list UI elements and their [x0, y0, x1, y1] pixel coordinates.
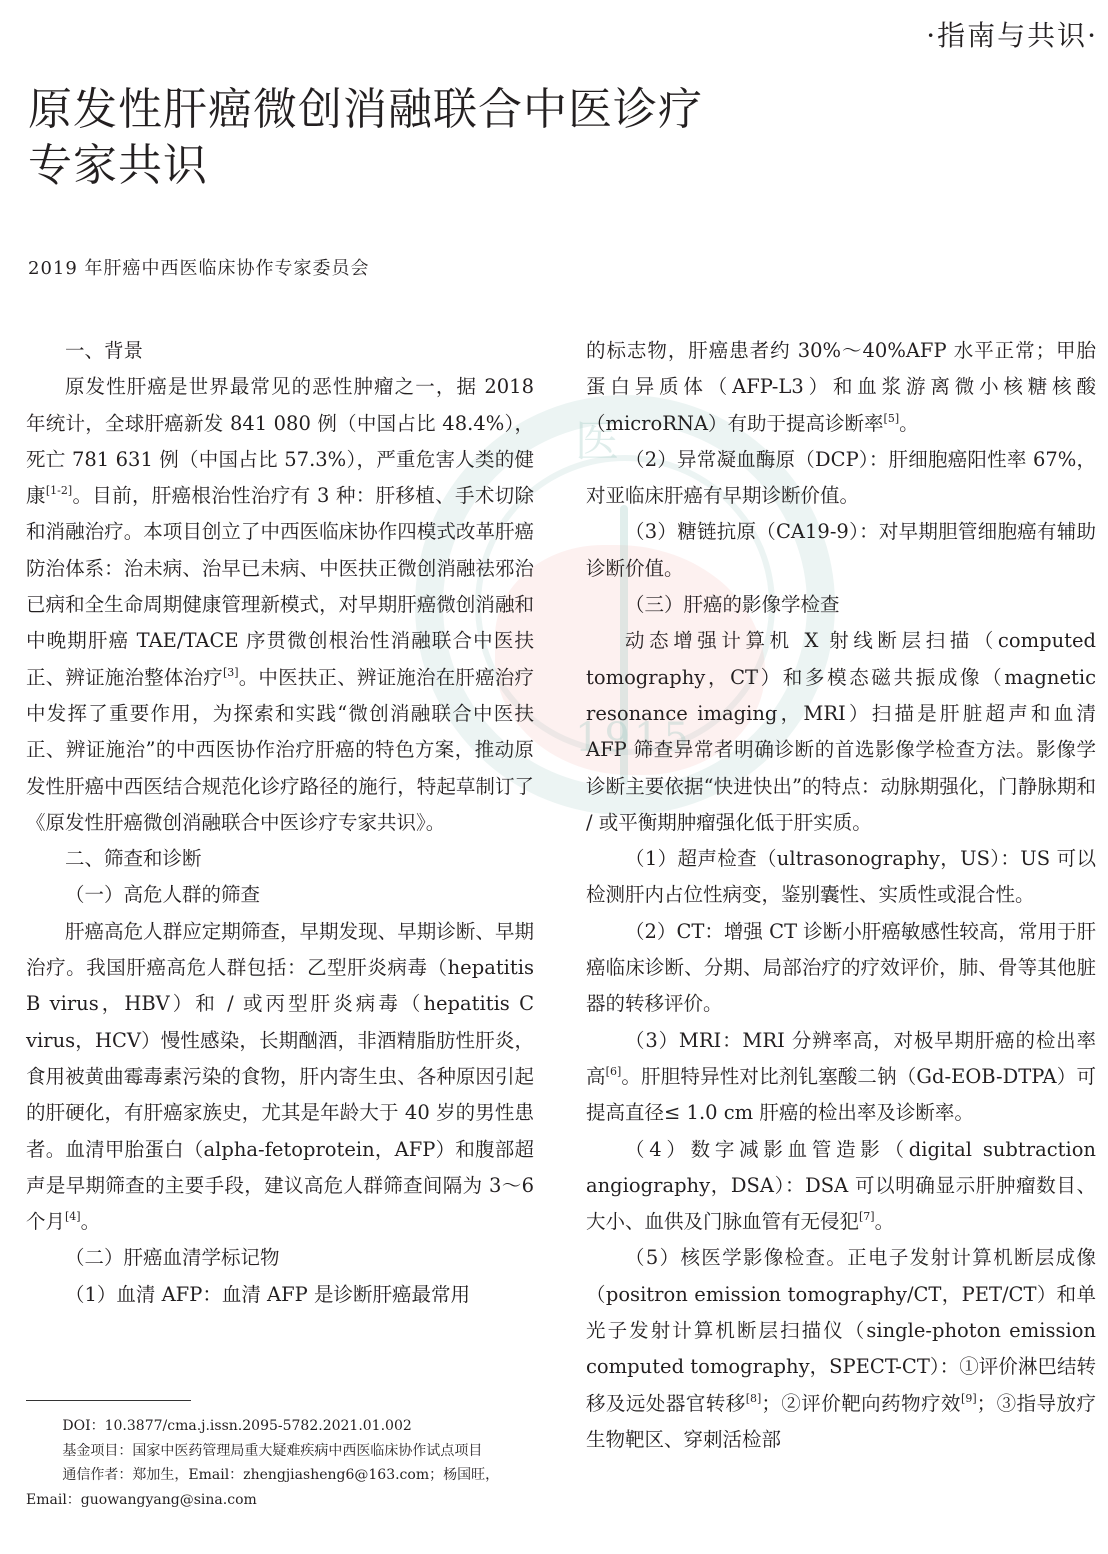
citation-5[interactable]: [5] [884, 412, 900, 425]
heading-high-risk-screening: （一）高危人群的筛查 [26, 877, 534, 913]
title-line-1: 原发性肝癌微创消融联合中医诊疗 [28, 84, 703, 135]
paragraph-ultrasound: （1）超声检查（ultrasonography，US）：US 可以检测肝内占位性… [586, 841, 1096, 914]
heading-background: 一、背景 [26, 333, 534, 369]
paragraph-imaging: 动态增强计算机 X 射线断层扫描（computed tomography，CT）… [586, 623, 1096, 841]
right-column: 的标志物，肝癌患者约 30%～40%AFP 水平正常；甲胎蛋白异质体（AFP-L… [586, 333, 1096, 1458]
citation-1-2[interactable]: [1-2] [46, 484, 72, 497]
paragraph-afp: （1）血清 AFP：血清 AFP 是诊断肝癌最常用 [26, 1277, 534, 1313]
section-tag: ·指南与共识· [926, 14, 1098, 54]
citation-6[interactable]: [6] [606, 1065, 622, 1078]
article-title: 原发性肝癌微创消融联合中医诊疗 专家共识 [28, 82, 703, 194]
footnote-divider [26, 1400, 191, 1401]
footnotes: DOI：10.3877/cma.j.issn.2095-5782.2021.01… [26, 1414, 536, 1512]
citation-3[interactable]: [3] [223, 666, 239, 679]
paragraph-dcp: （2）异常凝血酶原（DCP）：肝细胞癌阳性率 67%，对亚临床肝癌有早期诊断价值… [586, 442, 1096, 515]
citation-8[interactable]: [8] [746, 1392, 762, 1405]
paragraph-screening: 肝癌高危人群应定期筛查，早期发现、早期诊断、早期治疗。我国肝癌高危人群包括：乙型… [26, 914, 534, 1241]
paragraph-dsa: （4）数字减影血管造影（digital subtraction angiogra… [586, 1132, 1096, 1241]
citation-9[interactable]: [9] [961, 1392, 977, 1405]
left-column: 一、背景 原发性肝癌是世界最常见的恶性肿瘤之一，据 2018 年统计，全球肝癌新… [26, 333, 534, 1313]
heading-imaging: （三）肝癌的影像学检查 [586, 587, 1096, 623]
paragraph-mri: （3）MRI：MRI 分辨率高，对极早期肝癌的检出率高[6]。肝胆特异性对比剂钆… [586, 1023, 1096, 1132]
paragraph-nuclear-medicine: （5）核医学影像检查。正电子发射计算机断层成像（positron emissio… [586, 1240, 1096, 1458]
author-committee: 2019 年肝癌中西医临床协作专家委员会 [28, 254, 370, 280]
heading-screening: 二、筛查和诊断 [26, 841, 534, 877]
footnote-correspondence: 通信作者：郑加生，Email：zhengjiasheng6@163.com；杨国… [26, 1463, 536, 1512]
title-line-2: 专家共识 [28, 140, 208, 191]
citation-4[interactable]: [4] [65, 1210, 81, 1223]
footnote-funding: 基金项目：国家中医药管理局重大疑难疾病中西医临床协作试点项目 [26, 1439, 536, 1464]
paragraph-ct: （2）CT：增强 CT 诊断小肝癌敏感性较高，常用于肝癌临床诊断、分期、局部治疗… [586, 914, 1096, 1023]
heading-serum-markers: （二）肝癌血清学标记物 [26, 1240, 534, 1276]
paragraph-ca199: （3）糖链抗原（CA19-9）：对早期胆管细胞癌有辅助诊断价值。 [586, 514, 1096, 587]
footnote-doi: DOI：10.3877/cma.j.issn.2095-5782.2021.01… [26, 1414, 536, 1439]
paragraph-background: 原发性肝癌是世界最常见的恶性肿瘤之一，据 2018 年统计，全球肝癌新发 841… [26, 369, 534, 841]
citation-7[interactable]: [7] [859, 1210, 875, 1223]
paragraph-afp-continued: 的标志物，肝癌患者约 30%～40%AFP 水平正常；甲胎蛋白异质体（AFP-L… [586, 333, 1096, 442]
